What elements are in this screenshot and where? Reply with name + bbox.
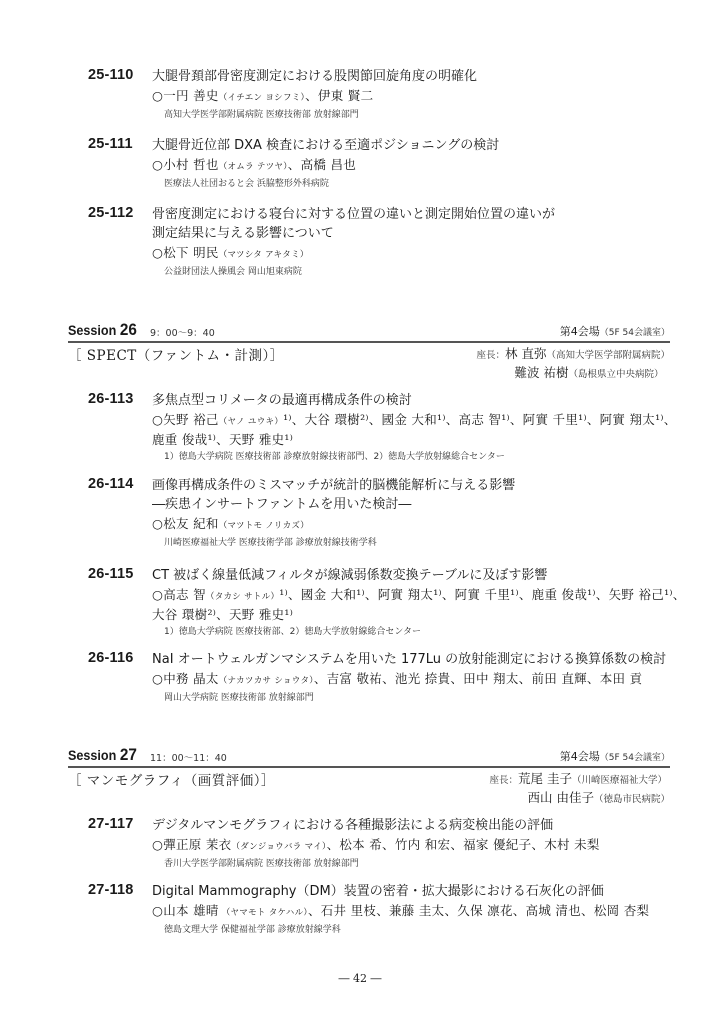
- abstract-number: 27-118: [88, 882, 134, 898]
- abstract-authors: ○山本 雄晴 （ヤマモト タケハル）、石井 里枝、兼藤 圭太、久保 凛花、高城 …: [152, 902, 692, 922]
- session-chairs: 座長：荒尾 圭子（川崎医療福祉大学） 西山 由佳子（徳島市民病院）: [490, 770, 671, 808]
- abstract-authors: ○松下 明民（マツシタ アキタミ）: [152, 244, 692, 264]
- abstract-25-111: 25-111 大腿骨近位部 DXA 検査における至適ポジショニングの検討 ○小村…: [88, 136, 688, 186]
- session-time: 11：00～11：40: [150, 750, 227, 764]
- chair-2: 難波 祐樹（島根県立中央病院）: [476, 364, 670, 383]
- session-label: Session 26: [68, 320, 137, 340]
- session-divider: [68, 341, 670, 343]
- abstract-number: 25-110: [88, 67, 134, 83]
- abstract-authors-line2: 鹿重 俊哉¹⁾、天野 雅史¹⁾: [152, 431, 692, 449]
- abstract-number: 25-111: [88, 136, 133, 152]
- abstract-authors: ○小村 哲也（オムラ テツヤ）、高橋 昌也: [152, 156, 692, 176]
- abstract-subtitle: ―疾患インサートファントムを用いた検討―: [152, 495, 692, 514]
- session-label: Session 27: [68, 745, 137, 765]
- abstract-title: 骨密度測定における寝台に対する位置の違いと測定開始位置の違いが: [152, 205, 692, 224]
- abstract-authors: ○松友 紀和（マツトモ ノリカズ）: [152, 515, 692, 535]
- abstract-26-113: 26-113 多焦点型コリメータの最適再構成条件の検討 ○矢野 裕己（ヤノ ユウ…: [88, 391, 688, 463]
- chair-2: 西山 由佳子（徳島市民病院）: [490, 789, 671, 808]
- abstract-title: CT 被ばく線量低減フィルタが線減弱係数変換テーブルに及ぼす影響: [152, 566, 692, 585]
- abstract-title: 多焦点型コリメータの最適再構成条件の検討: [152, 391, 692, 410]
- session-chairs: 座長：林 直弥（高知大学医学部附属病院） 難波 祐樹（島根県立中央病院）: [476, 345, 670, 383]
- abstract-number: 25-112: [88, 205, 134, 221]
- abstract-authors: ○彈正原 茉衣（ダンジョウバラ マイ）、松本 希、竹内 和宏、福家 優紀子、木村…: [152, 836, 692, 856]
- session-topic: ［ マンモグラフィ（画質評価）］: [68, 769, 275, 789]
- abstract-authors: ○高志 智（タカシ サトル）¹⁾、國金 大和¹⁾、阿實 翔太¹⁾、阿實 千里¹⁾…: [152, 586, 692, 606]
- abstract-authors-line2: 大谷 環樹²⁾、天野 雅史¹⁾: [152, 606, 692, 624]
- session-topic: ［ SPECT（ファントム・計測）］: [68, 344, 284, 364]
- session-room: 第4会場（5F 54会議室）: [560, 748, 670, 764]
- session-27-header: Session 27 11：00～11：40 第4会場（5F 54会議室） ［ …: [68, 745, 670, 805]
- abstract-affiliation: 1）徳島大学病院 医療技術部 診療放射線技術部門、2）徳島大学放射線総合センター: [164, 449, 692, 465]
- abstract-authors: ○矢野 裕己（ヤノ ユウキ）¹⁾、大谷 環樹²⁾、國金 大和¹⁾、高志 智¹⁾、…: [152, 411, 692, 431]
- abstract-number: 26-116: [88, 650, 134, 666]
- abstract-authors: ○中務 晶太（ナカツカサ ショウタ）、吉富 敬祐、池光 捺貴、田中 翔太、前田 …: [152, 670, 692, 690]
- session-26-header: Session 26 9：00～9：40 第4会場（5F 54会議室） ［ SP…: [68, 320, 670, 380]
- abstract-number: 26-115: [88, 566, 134, 582]
- session-time: 9：00～9：40: [150, 325, 215, 339]
- abstract-26-116: 26-116 NaI オートウェルガンマシステムを用いた 177Lu の放射能測…: [88, 650, 688, 705]
- abstract-number: 26-114: [88, 476, 134, 492]
- abstract-affiliation: 公益財団法人操風会 岡山旭東病院: [164, 264, 692, 280]
- abstract-25-110: 25-110 大腿骨頚部骨密度測定における股関節回旋角度の明確化 ○一円 善史（…: [88, 67, 688, 117]
- abstract-number: 26-113: [88, 391, 134, 407]
- chair-1: 座長：荒尾 圭子（川崎医療福祉大学）: [490, 770, 671, 789]
- abstract-affiliation: 高知大学医学部附属病院 医療技術部 放射線部門: [164, 107, 692, 123]
- abstract-26-114: 26-114 画像再構成条件のミスマッチが統計的脳機能解析に与える影響 ―疾患イ…: [88, 476, 688, 548]
- abstract-26-115: 26-115 CT 被ばく線量低減フィルタが線減弱係数変換テーブルに及ぼす影響 …: [88, 566, 688, 638]
- abstract-affiliation: 徳島文理大学 保健福祉学部 診療放射線学科: [164, 922, 692, 938]
- abstract-affiliation: 川崎医療福祉大学 医療技術学部 診療放射線技術学科: [164, 535, 692, 551]
- abstract-title: 大腿骨近位部 DXA 検査における至適ポジショニングの検討: [152, 136, 692, 155]
- abstract-title: デジタルマンモグラフィにおける各種撮影法による病変検出能の評価: [152, 816, 692, 835]
- abstract-affiliation: 岡山大学病院 医療技術部 放射線部門: [164, 690, 692, 706]
- abstract-title: 画像再構成条件のミスマッチが統計的脳機能解析に与える影響: [152, 476, 692, 495]
- page-number: ― 42 ―: [0, 972, 720, 985]
- abstract-affiliation: 医療法人社団おると会 浜脇整形外科病院: [164, 176, 692, 192]
- abstract-affiliation: 1）徳島大学病院 医療技術部、2）徳島大学放射線総合センター: [164, 624, 692, 640]
- abstract-title: Digital Mammography（DM）装置の密着・拡大撮影における石灰化…: [152, 882, 692, 901]
- abstract-title-line2: 測定結果に与える影響について: [152, 224, 692, 243]
- abstract-affiliation: 香川大学医学部附属病院 医療技術部 放射線部門: [164, 856, 692, 872]
- abstract-authors: ○一円 善史（イチエン ヨシフミ）、伊東 賢二: [152, 87, 692, 107]
- abstract-title: NaI オートウェルガンマシステムを用いた 177Lu の放射能測定における換算…: [152, 650, 692, 669]
- session-divider: [68, 766, 670, 768]
- abstract-25-112: 25-112 骨密度測定における寝台に対する位置の違いと測定開始位置の違いが 測…: [88, 205, 688, 277]
- chair-1: 座長：林 直弥（高知大学医学部附属病院）: [476, 345, 670, 364]
- abstract-27-118: 27-118 Digital Mammography（DM）装置の密着・拡大撮影…: [88, 882, 688, 937]
- abstract-title: 大腿骨頚部骨密度測定における股関節回旋角度の明確化: [152, 67, 692, 86]
- abstract-27-117: 27-117 デジタルマンモグラフィにおける各種撮影法による病変検出能の評価 ○…: [88, 816, 688, 871]
- session-room: 第4会場（5F 54会議室）: [560, 323, 670, 339]
- abstract-number: 27-117: [88, 816, 134, 832]
